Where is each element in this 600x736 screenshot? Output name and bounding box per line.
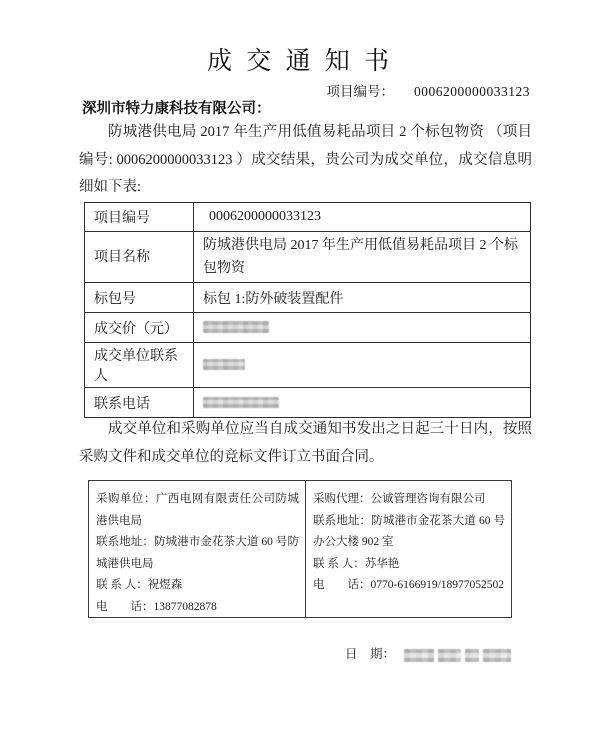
row-value [194, 313, 531, 343]
redacted-date-segment [404, 649, 434, 662]
row-value [194, 343, 531, 388]
row-label: 成交价（元） [85, 313, 194, 343]
row-value: 标包 1:防外破装置配件 [194, 283, 531, 313]
field-label: 电 话： [313, 579, 371, 591]
field-value: 祝煜森 [148, 579, 183, 591]
field-label: 联 系 人： [313, 558, 365, 570]
contacts-box: 采购单位：广西电网有限责任公司防城港供电局 联系地址：防城港市金花茶大道 60 … [88, 480, 512, 618]
purchaser-contact-line: 联 系 人：祝煜森 [96, 575, 299, 597]
redacted-price-value [203, 321, 269, 333]
row-label: 项目编号 [85, 203, 194, 232]
redacted-phone-number [203, 397, 279, 408]
contract-notice-paragraph: 成交单位和采购单位应当自成交通知书发出之日起三十日内，按照采购文件和成交单位的竞… [79, 416, 532, 471]
recipient-company: 深圳市特力康科技有限公司： [82, 97, 271, 118]
agent-contact-line: 联 系 人：苏华艳 [313, 554, 505, 576]
table-row: 项目名称 防城港供电局 2017 年生产用低值易耗品项目 2 个标包物资 [85, 232, 531, 283]
purchaser-address-line: 联系地址：防城港市金花茶大道 60 号防城港供电局 [96, 532, 299, 575]
agent-address-line: 联系地址：防城港市金花茶大道 60 号办公大楼 902 室 [313, 511, 505, 554]
field-value: 0770-6166919/18977052502 [371, 579, 505, 591]
table-row: 成交价（元） [85, 313, 531, 343]
field-label: 联 系 人： [96, 579, 148, 591]
row-label: 项目名称 [85, 232, 194, 283]
field-value: 13877082878 [154, 601, 217, 613]
field-label: 采购代理： [313, 493, 371, 505]
field-label: 联系地址： [96, 536, 154, 548]
date-line: 日 期： [345, 644, 511, 662]
table-row: 联系电话 [85, 388, 531, 418]
row-value: 0006200000033123 [194, 203, 531, 232]
agent-unit-line: 采购代理：公诚管理咨询有限公司 [313, 489, 505, 511]
row-value [194, 388, 531, 418]
agent-phone-line: 电 话：0770-6166919/18977052502 [313, 575, 505, 597]
field-label: 联系地址： [313, 515, 371, 527]
agent-column: 采购代理：公诚管理咨询有限公司 联系地址：防城港市金花茶大道 60 号办公大楼 … [306, 481, 511, 617]
redacted-date-segment [483, 649, 511, 662]
award-notice-document: 成 交 通 知 书 项目编号：0006200000033123 深圳市特力康科技… [0, 0, 600, 736]
document-title: 成 交 通 知 书 [0, 41, 600, 77]
row-label: 成交单位联系人 [85, 343, 194, 388]
redacted-date-segment [465, 649, 479, 662]
redacted-contact-name [203, 359, 245, 370]
project-number-label: 项目编号： [327, 84, 395, 99]
field-value: 公诚管理咨询有限公司 [371, 493, 486, 505]
row-label: 联系电话 [85, 388, 194, 418]
award-info-table: 项目编号 0006200000033123 项目名称 防城港供电局 2017 年… [84, 202, 531, 418]
field-label: 电 话： [96, 601, 154, 613]
field-label: 采购单位： [96, 493, 156, 505]
purchaser-phone-line: 电 话：13877082878 [96, 597, 299, 619]
purchaser-unit-line: 采购单位：广西电网有限责任公司防城港供电局 [96, 489, 299, 532]
table-row: 成交单位联系人 [85, 343, 531, 388]
row-value: 防城港供电局 2017 年生产用低值易耗品项目 2 个标包物资 [194, 232, 531, 283]
date-label: 日 期： [345, 647, 395, 661]
purchaser-column: 采购单位：广西电网有限责任公司防城港供电局 联系地址：防城港市金花茶大道 60 … [89, 481, 306, 617]
project-number-value: 0006200000033123 [414, 84, 530, 99]
table-row: 标包号 标包 1:防外破装置配件 [85, 283, 531, 313]
row-label: 标包号 [85, 283, 194, 313]
redacted-date-segment [438, 649, 461, 662]
table-row: 项目编号 0006200000033123 [85, 203, 531, 232]
intro-paragraph: 防城港供电局 2017 年生产用低值易耗品项目 2 个标包物资 （项目编号: 0… [79, 119, 532, 202]
field-value: 苏华艳 [365, 558, 400, 570]
